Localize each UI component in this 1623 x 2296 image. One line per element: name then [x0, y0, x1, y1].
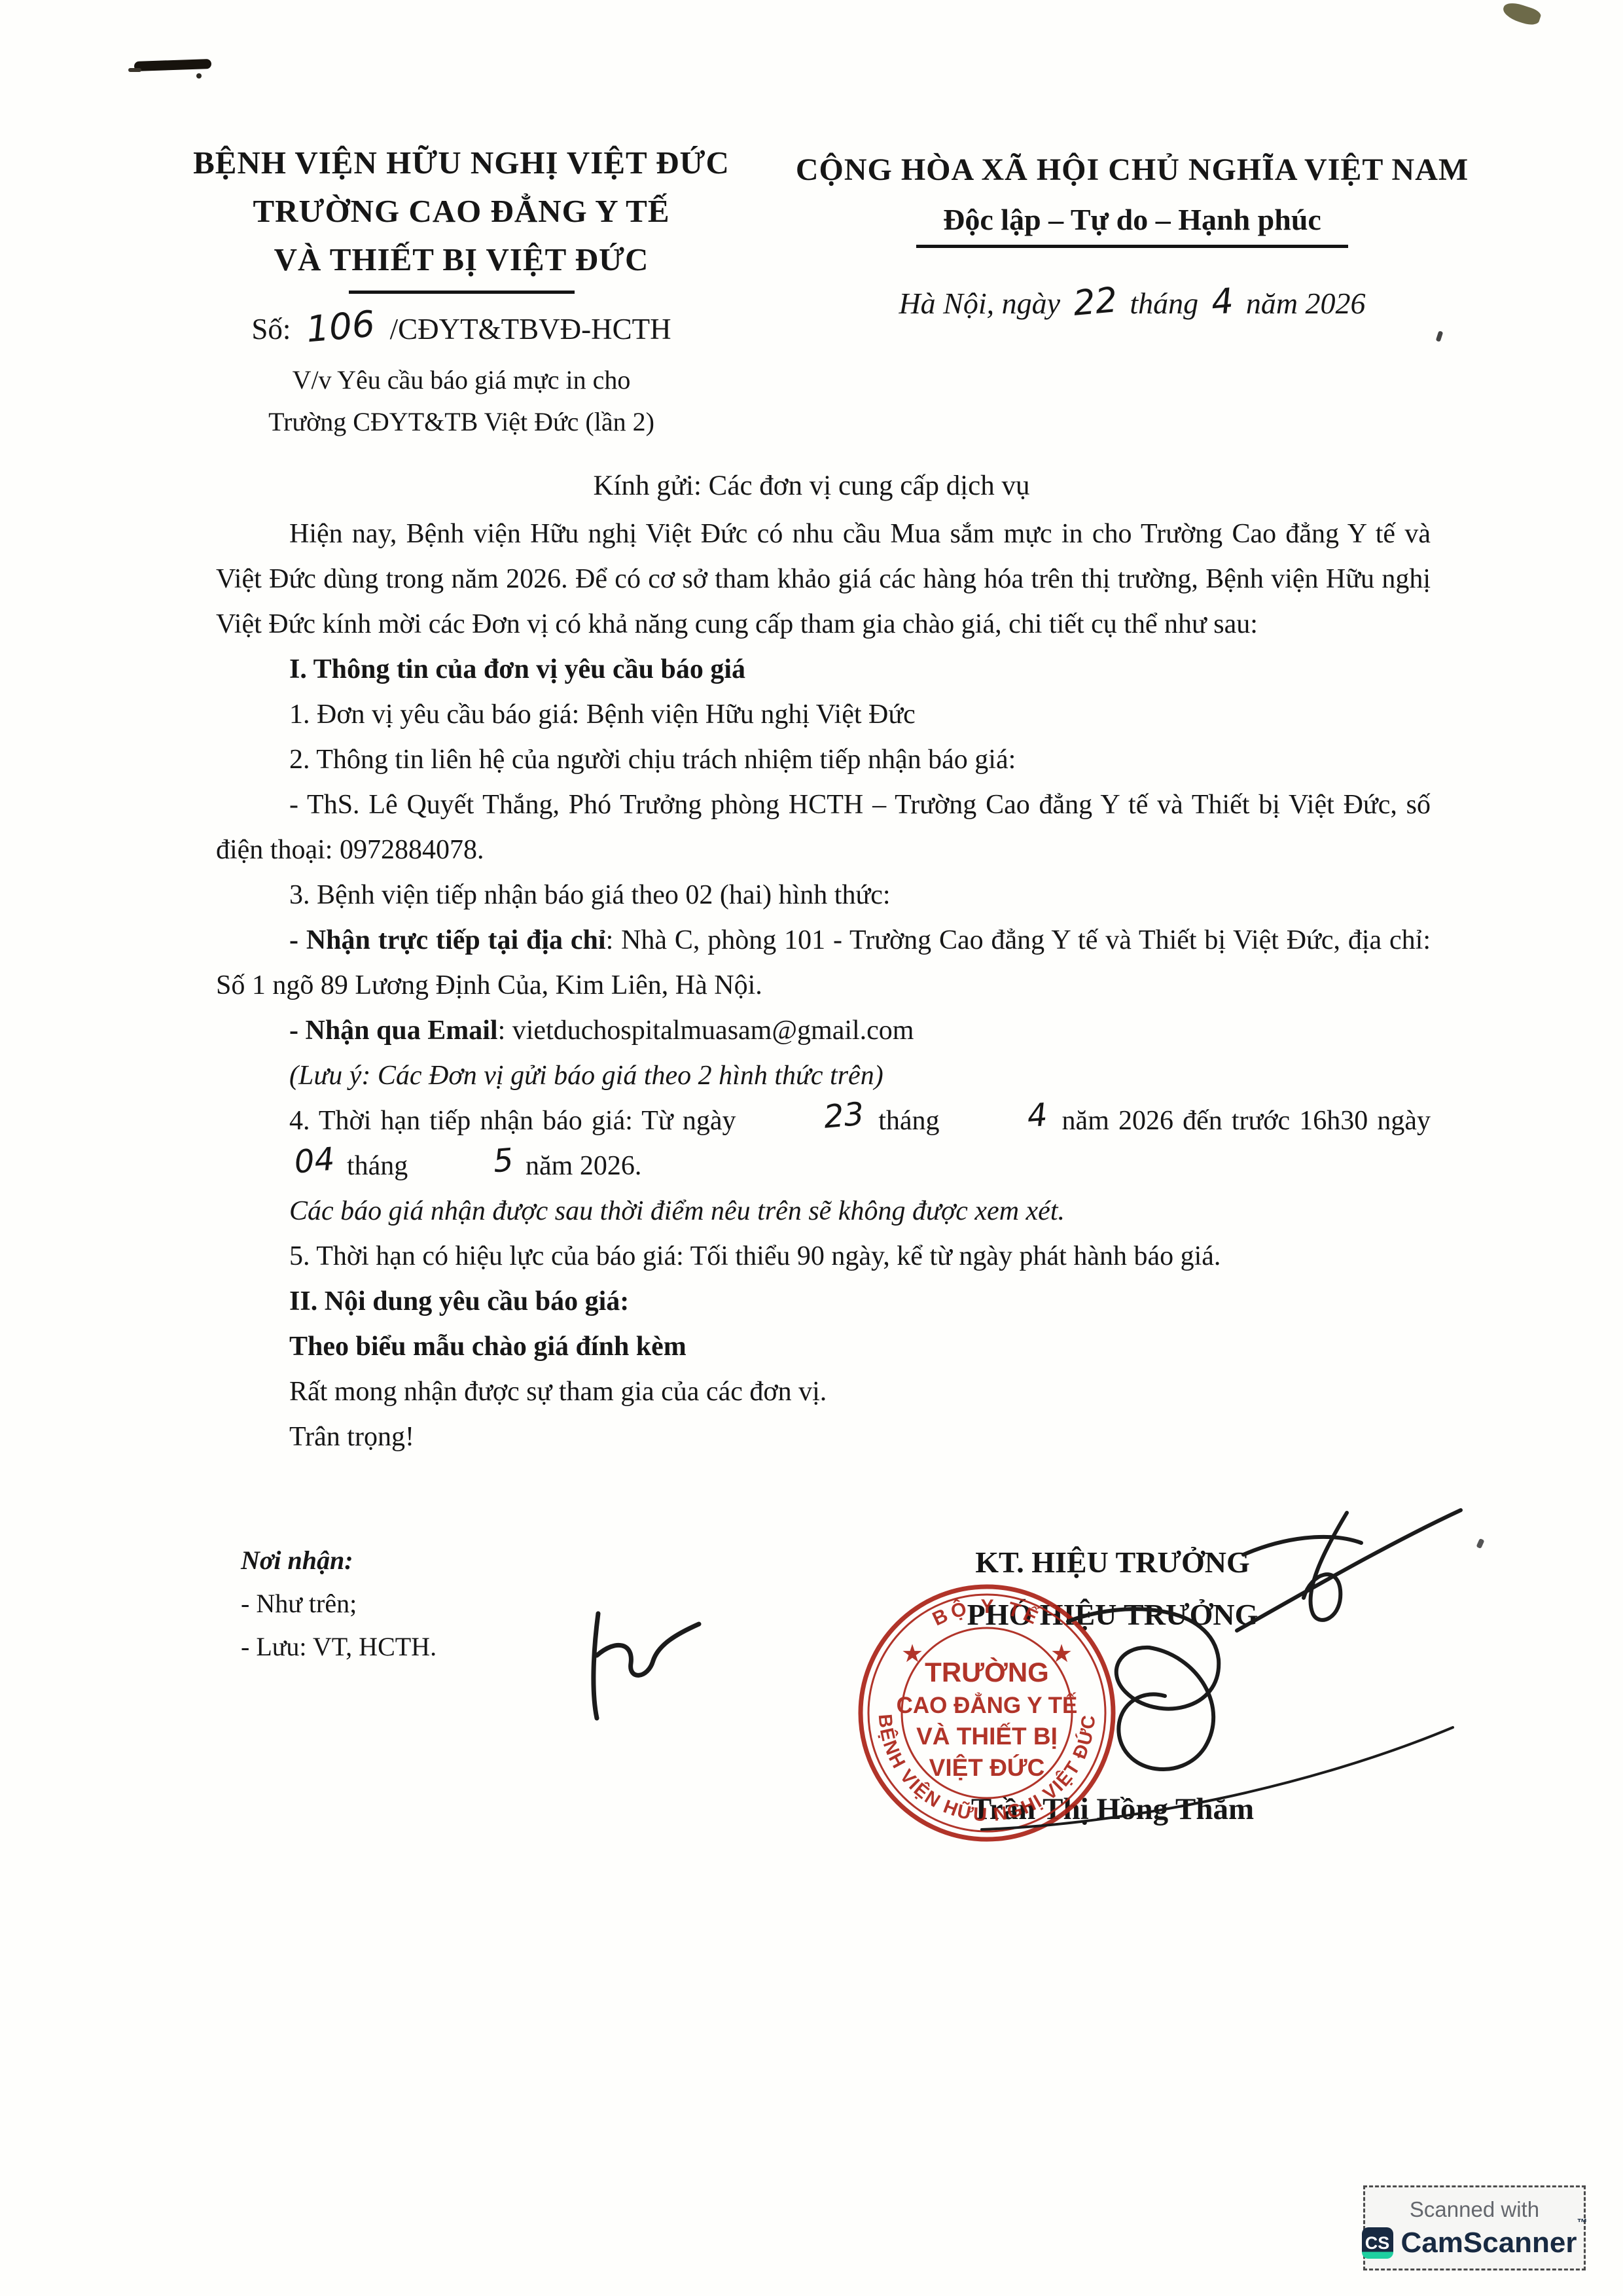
date-suffix: năm 2026 [1246, 287, 1366, 320]
issuer-name-line1: BỆNH VIỆN HỮU NGHỊ VIỆT ĐỨC [167, 139, 756, 187]
deadline-part-e: năm 2026. [526, 1151, 641, 1181]
direct-method-lead: - Nhận trực tiếp tại địa chỉ [289, 925, 606, 955]
deadline-day-start-handwritten: 23 [744, 1100, 870, 1139]
signature-long-tail [982, 1727, 1453, 1829]
deadline-part-b: tháng [878, 1106, 939, 1136]
document-subject: V/v Yêu cầu báo giá mực in cho Trường CĐ… [167, 359, 756, 443]
document-number-label: Số: [251, 313, 291, 345]
recipients-item-2: - Lưu: VT, HCTH. [241, 1625, 437, 1669]
body-item-4-deadline: 4. Thời hạn tiếp nhận báo giá: Từ ngày 2… [216, 1099, 1431, 1189]
document-body: Hiện nay, Bệnh viện Hữu nghị Việt Đức có… [216, 512, 1431, 1460]
body-closing-2: Trân trọng! [216, 1415, 1431, 1460]
issuer-header-block: BỆNH VIỆN HỮU NGHỊ VIỆT ĐỨC TRƯỜNG CAO Đ… [167, 139, 756, 443]
scan-smudge-mark [134, 59, 211, 71]
date-month-handwritten: 4 [1205, 285, 1240, 319]
body-item-5: 5. Thời hạn có hiệu lực của báo giá: Tối… [216, 1234, 1431, 1279]
section-heading-1: I. Thông tin của đơn vị yêu cầu báo giá [216, 647, 1431, 692]
salutation-line: Kính gửi: Các đơn vị cung cấp dịch vụ [0, 470, 1623, 502]
national-header-block: CỘNG HÒA XÃ HỘI CHỦ NGHĨA VIỆT NAM Độc l… [759, 152, 1505, 321]
email-method-rest: : vietduchospitalmuasam@gmail.com [498, 1016, 914, 1046]
motto-underline [916, 245, 1348, 248]
body-attachment-line: Theo biểu mẫu chào giá đính kèm [216, 1324, 1431, 1369]
issuer-underline [349, 291, 575, 294]
camscanner-scanned-with-label: Scanned with [1410, 2197, 1539, 2223]
national-motto-line1: CỘNG HÒA XÃ HỘI CHỦ NGHĨA VIỆT NAM [759, 152, 1505, 188]
signature-ink [785, 1492, 1505, 1858]
subject-line1: V/v Yêu cầu báo giá mực in cho [167, 359, 756, 401]
deadline-month-start-handwritten: 4 [948, 1101, 1054, 1138]
camscanner-logo-icon: CS [1362, 2227, 1393, 2259]
body-late-note: Các báo giá nhận được sau thời điểm nêu … [216, 1189, 1431, 1234]
body-note: (Lưu ý: Các Đơn vị gửi báo giá theo 2 hì… [216, 1053, 1431, 1099]
date-day-handwritten: 22 [1067, 284, 1124, 320]
body-closing-1: Rất mong nhận được sự tham gia của các đ… [216, 1369, 1431, 1415]
body-item-2: 2. Thông tin liên hệ của người chịu trác… [216, 737, 1431, 783]
subject-line2: Trường CĐYT&TB Việt Đức (lần 2) [167, 401, 756, 443]
scan-corner-mark [1501, 0, 1542, 27]
scan-speck [1436, 330, 1444, 342]
initial-stroke-squiggle [597, 1624, 699, 1675]
deadline-part-a: 4. Thời hạn tiếp nhận báo giá: Từ ngày [289, 1106, 736, 1136]
camscanner-badge: Scanned with CS CamScanner™ [1363, 2185, 1586, 2270]
section-heading-2: II. Nội dung yêu cầu báo giá: [216, 1279, 1431, 1324]
camscanner-trademark-symbol: ™ [1577, 2217, 1588, 2229]
initial-ink [560, 1595, 717, 1733]
recipients-title: Nơi nhận: [241, 1539, 437, 1582]
deadline-part-d: tháng [347, 1151, 408, 1181]
body-item-1: 1. Đơn vị yêu cầu báo giá: Bệnh viện Hữu… [216, 692, 1431, 737]
issuer-name-line3: VÀ THIẾT BỊ VIỆT ĐỨC [167, 236, 756, 284]
body-item-3: 3. Bệnh viện tiếp nhận báo giá theo 02 (… [216, 873, 1431, 918]
signature-flourish-top [1243, 1537, 1361, 1555]
document-number-handwritten: 106 [297, 307, 384, 346]
email-method-lead: - Nhận qua Email [289, 1016, 498, 1046]
camscanner-brand-row: CS CamScanner™ [1362, 2227, 1588, 2259]
camscanner-brand-name: CamScanner™ [1401, 2227, 1588, 2259]
national-motto-line2: Độc lập – Tự do – Hạnh phúc [759, 202, 1505, 237]
document-number-line: Số: 106 /CĐYT&TBVĐ-HCTH [167, 311, 756, 346]
issuer-name-line2: TRƯỜNG CAO ĐẲNG Y TẾ [167, 187, 756, 236]
signature-flourish-loop [1304, 1513, 1347, 1620]
deadline-part-c: năm 2026 đến trước 16h30 ngày [1062, 1106, 1431, 1136]
document-number-suffix: /CĐYT&TBVĐ-HCTH [390, 313, 671, 345]
date-thang: tháng [1130, 287, 1198, 320]
scan-speck [196, 73, 202, 79]
deadline-day-end-handwritten: 04 [215, 1145, 341, 1184]
body-item-direct: - Nhận trực tiếp tại địa chỉ: Nhà C, phò… [216, 918, 1431, 1008]
scan-smudge-tail [128, 68, 141, 72]
deadline-month-end-handwritten: 5 [414, 1146, 520, 1183]
scanned-document-page: BỆNH VIỆN HỮU NGHỊ VIỆT ĐỨC TRƯỜNG CAO Đ… [0, 0, 1623, 2296]
date-line: Hà Nội, ngày 22 tháng 4 năm 2026 [759, 286, 1505, 321]
recipients-item-1: - Như trên; [241, 1582, 437, 1625]
initial-stroke-vertical [594, 1614, 598, 1718]
body-paragraph-intro: Hiện nay, Bệnh viện Hữu nghị Việt Đức có… [216, 512, 1431, 647]
recipients-block: Nơi nhận: - Như trên; - Lưu: VT, HCTH. [241, 1539, 437, 1669]
signature-flourish-slash [1237, 1510, 1461, 1631]
camscanner-brand-text: CamScanner [1401, 2227, 1577, 2259]
date-prefix: Hà Nội, ngày [899, 287, 1060, 320]
body-item-2-detail: - ThS. Lê Quyết Thắng, Phó Trưởng phòng … [216, 783, 1431, 873]
body-item-email: - Nhận qua Email: vietduchospitalmuasam@… [216, 1008, 1431, 1053]
